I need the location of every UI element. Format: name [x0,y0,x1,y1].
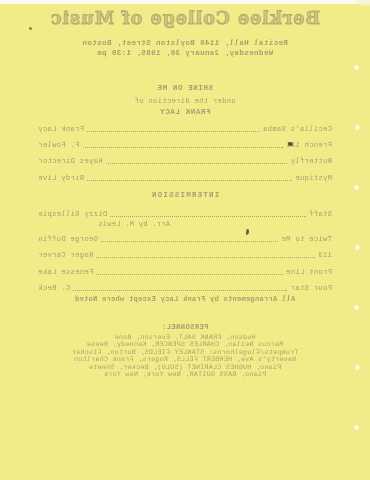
piece-title: Butterfly [290,158,332,166]
dotted-leader [73,290,287,291]
personnel-list: Hudson, FRANK SALT, Everson, BoneMarcus … [0,335,370,379]
piece-title: Front Line [286,269,332,277]
ink-speck [288,142,293,146]
dotted-leader [110,216,306,217]
scanned-program-page: Berklee College of Music Recital Hall, 1… [0,0,370,480]
piece-title: Mystique [295,175,332,183]
venue-line: Recital Hall, 1140 Boylston Street, Bost… [0,40,370,48]
program-row: Cecilia's SambaFrank Lacy [38,126,332,134]
program-row: ButterflyHayes Director [38,158,332,166]
dotted-leader [83,147,283,148]
dotted-leader [96,257,315,258]
mirrored-page-content: Berklee College of Music Recital Hall, 1… [0,0,370,480]
piece-title: Staff [309,211,332,219]
punch-hole [354,65,359,70]
composer-name: F. Fowler [38,142,80,150]
program-row: Front LineFenesse Lake [38,269,332,277]
program-row: Twice to MeGeorge Duffin [38,236,332,244]
composer-name: Hayes Director [38,158,103,166]
arrangement-credit-note: All Arrangements by Frank Lacy Except wh… [0,296,370,304]
personnel-heading: PERSONNEL: [0,324,370,332]
dotted-leader [87,131,260,132]
concert-title: SHINE ON ME [0,85,370,93]
program-first-half: Cecilia's SambaFrank LacyFrench 121F. Fo… [38,126,332,191]
composer-name: Birdy Live [38,175,84,183]
intermission-label: INTERMISSION [0,192,370,200]
composer-name: Dizzy Gillespie [38,211,107,219]
composer-name: George Duffin [38,236,98,244]
composer-name: Roger Carver [38,252,93,260]
school-title: Berklee College of Music [0,9,370,29]
arrangement-sub-note: Arr. by M. Lewis [38,221,332,229]
program-row: 113Roger Carver [38,252,332,260]
punch-hole [354,185,359,190]
composer-name: Frank Lacy [38,126,84,134]
program-row: Four StarC. Beck [38,285,332,293]
composer-name: C. Beck [38,285,70,293]
piece-title: Cecilia's Samba [263,126,332,134]
director-name: FRANK LACY [0,109,370,117]
piece-title: Four Star [290,285,332,293]
punch-hole [354,425,359,430]
punch-hole [354,305,359,310]
scan-edge-top [0,0,370,4]
piece-title: 113 [318,252,332,260]
dotted-leader [106,163,288,164]
piece-title: Twice to Me [281,236,332,244]
dotted-leader [87,180,292,181]
direction-line: under the direction of [0,98,370,106]
program-second-half: StaffDizzy GillespieArr. by M. LewisTwic… [38,211,332,301]
punch-hole [355,245,360,250]
punch-hole [355,125,360,130]
datetime-line: Wednesday, January 30, 1985, 1:30 pm [0,50,370,58]
personnel-line: Piano, BASS GUITAR, New York, New York [0,372,370,379]
program-row: StaffDizzy Gillespie [38,211,332,219]
dotted-leader [101,241,278,242]
program-row: MystiqueBirdy Live [38,175,332,183]
punch-hole [355,365,360,370]
page-corner-highlight [356,0,370,6]
dotted-leader [96,274,283,275]
ink-speck [29,27,32,30]
composer-name: Fenesse Lake [38,269,93,277]
